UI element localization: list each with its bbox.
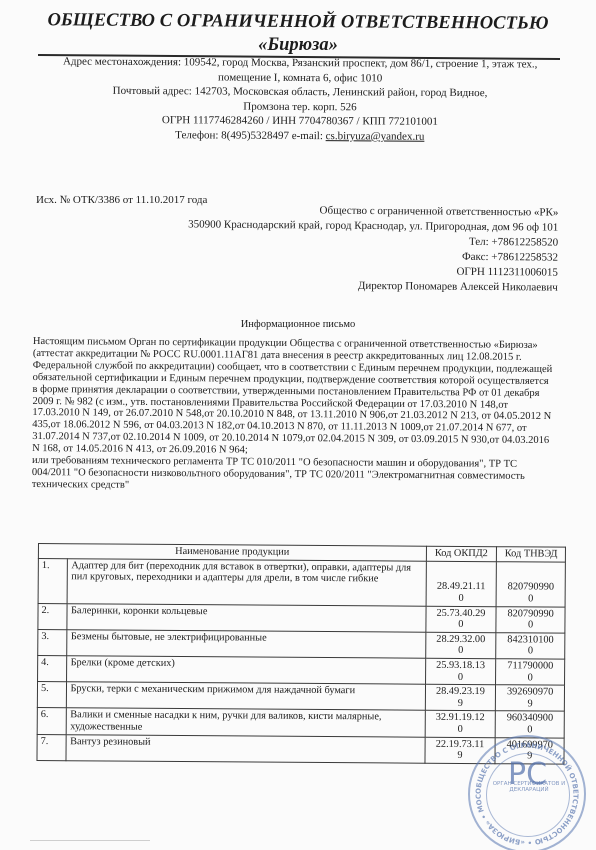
body-paragraph-1: Настоящим письмом Орган по сертификации … bbox=[32, 336, 553, 459]
product-name: Балеринки, коронки кольцевые bbox=[66, 603, 425, 632]
header-okpd2: Код ОКПД2 bbox=[426, 546, 497, 561]
scan-artifact-line bbox=[30, 840, 150, 841]
tnved-code: 9603409000 bbox=[495, 711, 564, 738]
recipient-director: Директор Пономарев Алексей Николаевич bbox=[188, 277, 558, 295]
okpd2-code: 28.29.32.000 bbox=[425, 632, 496, 659]
row-number: 3. bbox=[38, 629, 67, 655]
tnved-code: 8207909900 bbox=[496, 561, 565, 606]
okpd2-code: 25.73.40.290 bbox=[425, 606, 496, 633]
product-name: Брелки (кроме детских) bbox=[66, 656, 425, 685]
tnved-code: 7117900000 bbox=[496, 659, 565, 686]
email-link[interactable]: cs.biryuza@yandex.ru bbox=[326, 130, 425, 143]
tnved-code: 3926909709 bbox=[496, 685, 565, 712]
letterhead-company-form: ОБЩЕСТВО С ОГРАНИЧЕННОЙ ОТВЕТСТВЕННОСТЬЮ bbox=[0, 10, 596, 35]
letter-body: Настоящим письмом Орган по сертификации … bbox=[32, 336, 553, 495]
letterhead-company-name: «Бирюза» bbox=[0, 35, 596, 56]
phone-label: Телефон: 8(495)5328497 e-mail: bbox=[175, 129, 326, 142]
product-name: Вантуз резиновый bbox=[65, 734, 424, 763]
products-table: Наименование продукции Код ОКПД2 Код ТНВ… bbox=[36, 543, 566, 764]
table-row: 1.Адаптер для бит (переходник для вставо… bbox=[38, 558, 565, 607]
row-number: 4. bbox=[38, 655, 67, 681]
row-number: 2. bbox=[38, 603, 67, 629]
recipient-block: Общество с ограниченной ответственностью… bbox=[188, 202, 559, 295]
header-tnved: Код ТНВЭД bbox=[497, 547, 566, 562]
product-name: Бруски, терки с механическим прижимом дл… bbox=[66, 682, 425, 711]
product-name: Валики и сменные насадки к ним, ручки дл… bbox=[66, 708, 425, 737]
okpd2-code: 28.49.21.110 bbox=[426, 561, 497, 606]
stamp-center-text: ОРГАН СЕРТИФИКАТОВ И ДЕКЛАРАЦИЙ bbox=[488, 781, 570, 793]
letter-title: Информационное письмо bbox=[0, 319, 596, 330]
table-row: 3.Безмены бытовые, не электрифицированны… bbox=[38, 629, 565, 659]
table-row: 6.Валики и сменные насадки к ним, ручки … bbox=[37, 708, 564, 738]
product-name: Безмены бытовые, не электрифицированные bbox=[66, 629, 425, 658]
table-row: 7.Вантуз резиновый22.19.73.1194016999709 bbox=[37, 734, 564, 764]
tnved-code: 8207909900 bbox=[496, 606, 565, 633]
document-page: ОБЩЕСТВО С ОГРАНИЧЕННОЙ ОТВЕТСТВЕННОСТЬЮ… bbox=[0, 0, 596, 850]
row-number: 5. bbox=[37, 682, 66, 708]
stamp-inner-circle bbox=[486, 753, 570, 837]
table-body: 1.Адаптер для бит (переходник для вставо… bbox=[37, 558, 565, 764]
tnved-code: 8423101000 bbox=[496, 632, 565, 659]
table-row: 5.Бруски, терки с механическим прижимом … bbox=[37, 682, 564, 712]
tnved-code: 4016999709 bbox=[495, 737, 564, 764]
outgoing-reference: Исх. № ОТК/3386 от 11.10.2017 года bbox=[36, 194, 207, 206]
letterhead-contacts: Адрес местонахождения: 109542, город Мос… bbox=[30, 54, 571, 145]
table-row: 2.Балеринки, коронки кольцевые25.73.40.2… bbox=[38, 603, 565, 633]
product-name: Адаптер для бит (переходник для вставок … bbox=[67, 558, 426, 606]
row-number: 7. bbox=[37, 734, 66, 760]
table-row: 4.Брелки (кроме детских)25.93.18.1307117… bbox=[38, 655, 565, 685]
body-paragraph-2: или требованиям технического регламента … bbox=[32, 455, 552, 495]
okpd2-code: 25.93.18.130 bbox=[425, 658, 496, 685]
phone-email-line: Телефон: 8(495)5328497 e-mail: cs.biryuz… bbox=[30, 127, 570, 145]
row-number: 6. bbox=[37, 708, 66, 734]
row-number: 1. bbox=[38, 558, 67, 603]
okpd2-code: 28.49.23.199 bbox=[425, 684, 496, 711]
okpd2-code: 32.91.19.120 bbox=[425, 711, 496, 738]
okpd2-code: 22.19.73.119 bbox=[425, 737, 496, 764]
